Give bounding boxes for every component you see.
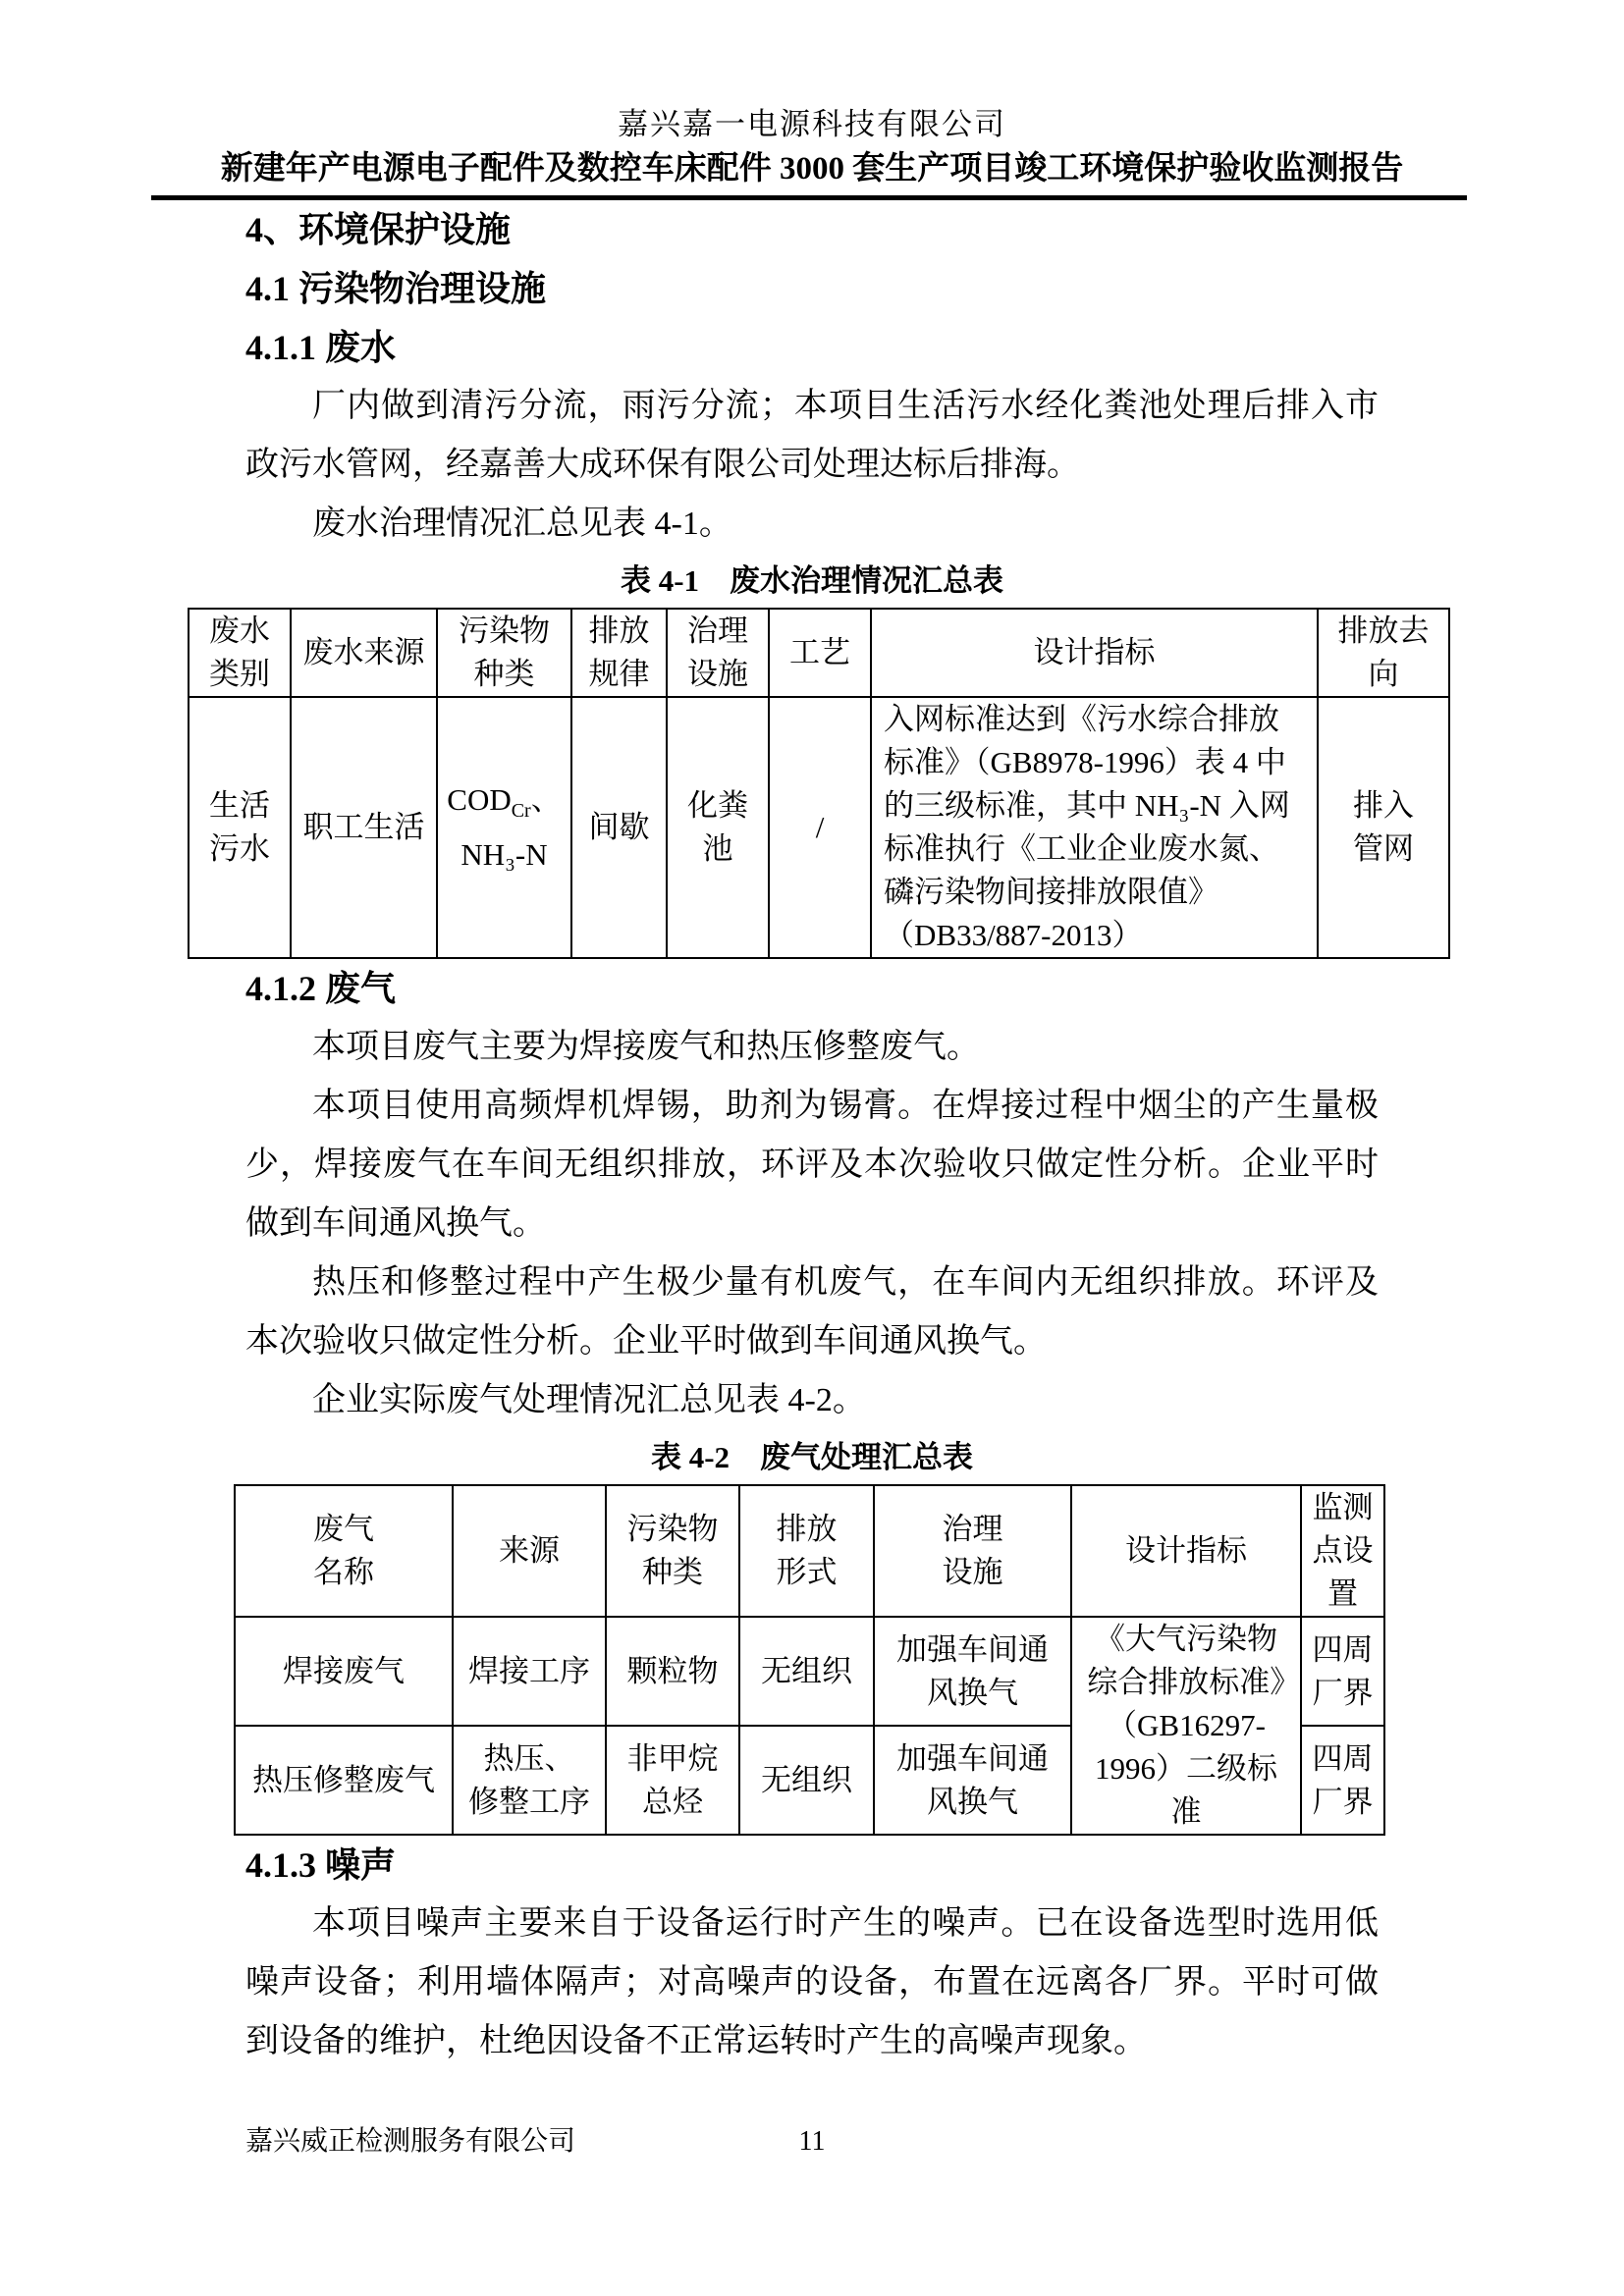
t42-col-design: 设计指标 [1071, 1485, 1301, 1617]
t42-cell-source: 焊接工序 [453, 1617, 606, 1726]
t41-cell-design-standard: 入网标准达到《污水综合排放标准》（GB8978-1996）表 4 中的三级标准，… [871, 697, 1318, 958]
t41-col-design: 设计指标 [871, 609, 1318, 697]
page-footer: 嘉兴威正检测服务有限公司 11 [245, 2120, 1379, 2163]
t42-col-pollutant: 污染物 种类 [606, 1485, 739, 1617]
table-4-2-caption: 表 4-2 废气处理汇总表 [245, 1430, 1379, 1484]
document-body: 4、环境保护设施 4.1 污染物治理设施 4.1.1 废水 厂内做到清污分流，雨… [245, 200, 1379, 2071]
t41-col-type: 废水 类别 [189, 609, 291, 697]
page-header: 嘉兴嘉一电源科技有限公司 新建年产电源电子配件及数控车床配件 3000 套生产项… [0, 0, 1624, 200]
para-gas-3: 热压和修整过程中产生极少量有机废气，在车间内无组织排放。环评及本次验收只做定性分… [245, 1254, 1379, 1371]
t42-col-source: 来源 [453, 1485, 606, 1617]
t42-col-facility: 治理 设施 [874, 1485, 1071, 1617]
t41-col-pattern: 排放 规律 [571, 609, 667, 697]
t42-cell-source: 热压、 修整工序 [453, 1726, 606, 1835]
para-gas-1: 本项目废气主要为焊接废气和热压修整废气。 [245, 1018, 1379, 1077]
para-wastewater-table-ref: 废水治理情况汇总见表 4-1。 [245, 495, 1379, 554]
table-4-1: 废水 类别 废水来源 污染物 种类 排放 规律 治理 设施 工艺 设计指标 排放… [188, 608, 1450, 959]
t41-cell-process: / [769, 697, 871, 958]
header-report-title: 新建年产电源电子配件及数控车床配件 3000 套生产项目竣工环境保护验收监测报告 [0, 145, 1624, 192]
table-4-2: 废气 名称 来源 污染物 种类 排放 形式 治理 设施 设计指标 监测 点设 置… [234, 1484, 1385, 1836]
t42-cell-design-standard: 《大气污染物综合排放标准》（GB16297-1996）二级标准 [1071, 1617, 1301, 1835]
t42-col-form: 排放 形式 [739, 1485, 874, 1617]
t41-col-process: 工艺 [769, 609, 871, 697]
t42-cell-name: 热压修整废气 [235, 1726, 453, 1835]
table-4-2-header-row: 废气 名称 来源 污染物 种类 排放 形式 治理 设施 设计指标 监测 点设 置 [235, 1485, 1384, 1617]
table-4-1-data-row: 生活 污水 职工生活 CODCr、 NH₃-N 间歇 化粪 池 / 入网标准达到… [189, 697, 1449, 958]
t42-cell-form: 无组织 [739, 1617, 874, 1726]
t41-col-destination: 排放去 向 [1318, 609, 1449, 697]
pollutant-cod-subscript: Cr [512, 801, 531, 823]
heading-4-1-2: 4.1.2 废气 [245, 959, 1379, 1018]
t42-cell-name: 焊接废气 [235, 1617, 453, 1726]
t42-col-monitor: 监测 点设 置 [1301, 1485, 1384, 1617]
heading-4-1-1: 4.1.1 废水 [245, 318, 1379, 377]
t42-cell-pollutant: 颗粒物 [606, 1617, 739, 1726]
t42-cell-pollutant: 非甲烷 总烃 [606, 1726, 739, 1835]
pollutant-cod: COD [447, 782, 511, 817]
t41-col-facility: 治理 设施 [667, 609, 769, 697]
para-noise-1: 本项目噪声主要来自于设备运行时产生的噪声。已在设备选型时选用低噪声设备；利用墙体… [245, 1895, 1379, 2071]
t42-cell-form: 无组织 [739, 1726, 874, 1835]
t41-cell-destination: 排入 管网 [1318, 697, 1449, 958]
table-4-1-header-row: 废水 类别 废水来源 污染物 种类 排放 规律 治理 设施 工艺 设计指标 排放… [189, 609, 1449, 697]
para-gas-2: 本项目使用高频焊机焊锡，助剂为锡膏。在焊接过程中烟尘的产生量极少，焊接废气在车间… [245, 1077, 1379, 1254]
t42-col-name: 废气 名称 [235, 1485, 453, 1617]
para-wastewater-1: 厂内做到清污分流，雨污分流；本项目生活污水经化粪池处理后排入市政污水管网，经嘉善… [245, 377, 1379, 495]
header-company-name: 嘉兴嘉一电源科技有限公司 [0, 104, 1624, 145]
t41-cell-source: 职工生活 [291, 697, 437, 958]
document-page: 嘉兴嘉一电源科技有限公司 新建年产电源电子配件及数控车床配件 3000 套生产项… [0, 0, 1624, 2296]
heading-4-1-3: 4.1.3 噪声 [245, 1836, 1379, 1895]
para-gas-table-ref: 企业实际废气处理情况汇总见表 4-2。 [245, 1371, 1379, 1430]
t41-col-source: 废水来源 [291, 609, 437, 697]
t42-cell-facility: 加强车间通风换气 [874, 1726, 1071, 1835]
heading-4: 4、环境保护设施 [245, 200, 1379, 259]
t41-cell-type: 生活 污水 [189, 697, 291, 958]
t41-cell-pattern: 间歇 [571, 697, 667, 958]
t41-col-pollutant: 污染物 种类 [437, 609, 571, 697]
footer-page-number: 11 [245, 2120, 1379, 2163]
table-4-2-row-welding: 焊接废气 焊接工序 颗粒物 无组织 加强车间通风换气 《大气污染物综合排放标准》… [235, 1617, 1384, 1726]
t42-cell-monitor: 四周 厂界 [1301, 1617, 1384, 1726]
t42-cell-facility: 加强车间通风换气 [874, 1617, 1071, 1726]
t42-cell-monitor: 四周 厂界 [1301, 1726, 1384, 1835]
table-4-1-caption: 表 4-1 废水治理情况汇总表 [245, 554, 1379, 608]
t41-cell-facility: 化粪 池 [667, 697, 769, 958]
t41-cell-pollutant: CODCr、 NH₃-N [437, 697, 571, 958]
heading-4-1: 4.1 污染物治理设施 [245, 259, 1379, 318]
